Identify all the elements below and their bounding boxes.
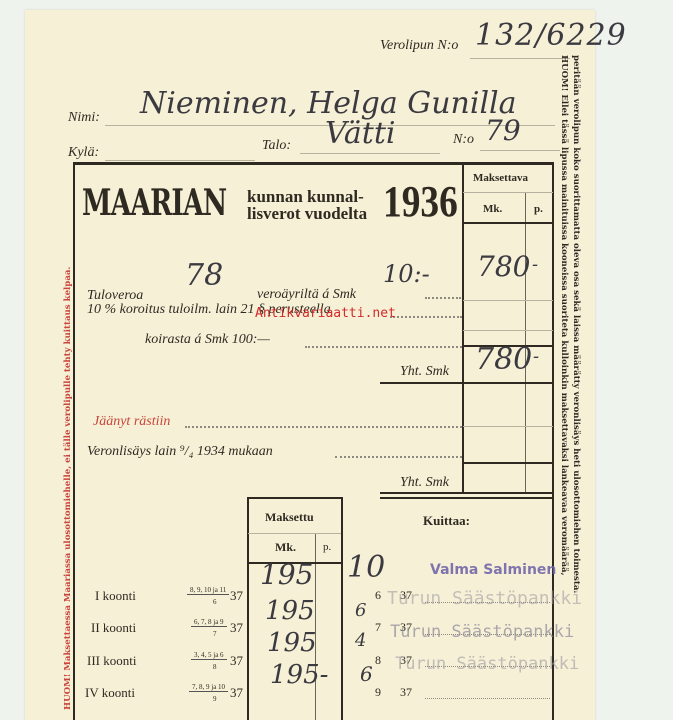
- yht-mk-value-1: 780: [475, 342, 532, 377]
- kuittaus-month: 7: [375, 620, 381, 635]
- signer-stamp: Valma Salminen: [430, 562, 556, 578]
- veroayrilta-label: veroäyriltä á Smk: [257, 287, 356, 303]
- right-side-note-line-2: peritään verolipun koko suorittamatta ol…: [570, 55, 581, 593]
- verolipun-number: 132/6229: [475, 18, 627, 53]
- bank-stamp-3: Turun Säästöpankki: [395, 654, 579, 674]
- tuloveroa-mk-value: 780: [477, 250, 530, 283]
- installment-months: 6, 7, 8 ja 9: [191, 618, 227, 627]
- talo-label: Talo:: [262, 138, 291, 154]
- right-side-note-line-1: HUOM! Ellei tässä lipussa mainituissa ko…: [558, 55, 569, 576]
- kuittaus-month: 8: [375, 653, 381, 668]
- left-side-note: HUOM! Maksettaessa Maariassa ulosottomie…: [63, 160, 73, 710]
- installment-year: 37: [230, 620, 243, 636]
- installment-year: 37: [230, 685, 243, 701]
- veronlisays-label: Veronlisäys lain ⁹/₄ 1934 mukaan: [87, 444, 273, 460]
- installment-months: 8, 9, 10 ja 11: [187, 586, 229, 595]
- koirasta-label: koirasta á Smk 100:—: [145, 332, 270, 348]
- tuloveroa-units: 78: [185, 258, 223, 293]
- installment-paid-mk: 195: [267, 628, 317, 658]
- maksettu-mk-header: Mk.: [275, 540, 296, 555]
- maksettava-mk-header: Mk.: [483, 203, 502, 215]
- installment-due-month: 8: [213, 663, 217, 671]
- title-line-2: lisverot vuodelta: [247, 204, 367, 224]
- installment-paid-day: 10: [347, 550, 385, 585]
- kuittaus-month: 6: [375, 588, 381, 603]
- maksettu-header: Maksettu: [265, 510, 314, 525]
- installment-label: I koonti: [95, 588, 136, 604]
- bank-stamp-2: Turun Säästöpankki: [390, 622, 574, 642]
- maksettava-header: Maksettava: [473, 172, 528, 184]
- nimi-label: Nimi:: [68, 110, 100, 126]
- installment-paid-day: 6: [360, 662, 373, 686]
- maksettu-p-header: p.: [323, 541, 331, 553]
- tax-receipt-document: Verolipun N:o 132/6229 Nimi: Nieminen, H…: [25, 10, 595, 720]
- installment-label: III koonti: [87, 653, 136, 669]
- jaanyt-rastiin-label: Jäänyt rästiin: [93, 414, 170, 430]
- verolipun-label: Verolipun N:o: [380, 38, 458, 54]
- installment-paid-day: 6: [355, 600, 366, 621]
- installment-paid-mk: 195-: [270, 660, 328, 690]
- installment-months: 7, 8, 9 ja 10: [189, 683, 228, 692]
- installment-paid-mk: 195: [260, 558, 313, 591]
- title-year: 1936: [383, 176, 458, 227]
- installment-year: 37: [230, 653, 243, 669]
- kuittaus-year: 37: [400, 685, 412, 700]
- installment-due-month: 9: [213, 695, 217, 703]
- tuloveroa-p-value: -: [532, 254, 538, 275]
- installment-paid-mk: 195: [265, 596, 315, 626]
- installment-label: II koonti: [91, 620, 136, 636]
- watermark: Antikvariaatti.net: [255, 306, 396, 321]
- kyla-label: Kylä:: [68, 145, 99, 161]
- installment-due-month: 7: [213, 630, 217, 638]
- no-label: N:o: [453, 132, 474, 148]
- installment-months: 3, 4, 5 ja 6: [191, 651, 227, 660]
- municipality-title: MAARIAN: [82, 182, 226, 224]
- no-value: 79: [485, 114, 521, 147]
- bank-stamp-1: Turun Säästöpankki: [387, 588, 582, 609]
- installment-paid-day: 4: [355, 630, 366, 651]
- kuittaus-month: 9: [375, 685, 381, 700]
- yht-smk-label-1: Yht. Smk: [400, 364, 449, 380]
- maksettava-p-header: p.: [534, 203, 543, 215]
- kuittaa-label: Kuittaa:: [423, 513, 470, 529]
- installment-year: 37: [230, 588, 243, 604]
- installment-due-month: 6: [213, 598, 217, 606]
- talo-value: Vätti: [325, 116, 396, 151]
- yht-p-value-1: -: [533, 346, 539, 367]
- installment-label: IV koonti: [85, 685, 135, 701]
- yht-smk-label-2: Yht. Smk: [400, 475, 449, 491]
- veroayrilta-rate: 10:-: [383, 260, 430, 288]
